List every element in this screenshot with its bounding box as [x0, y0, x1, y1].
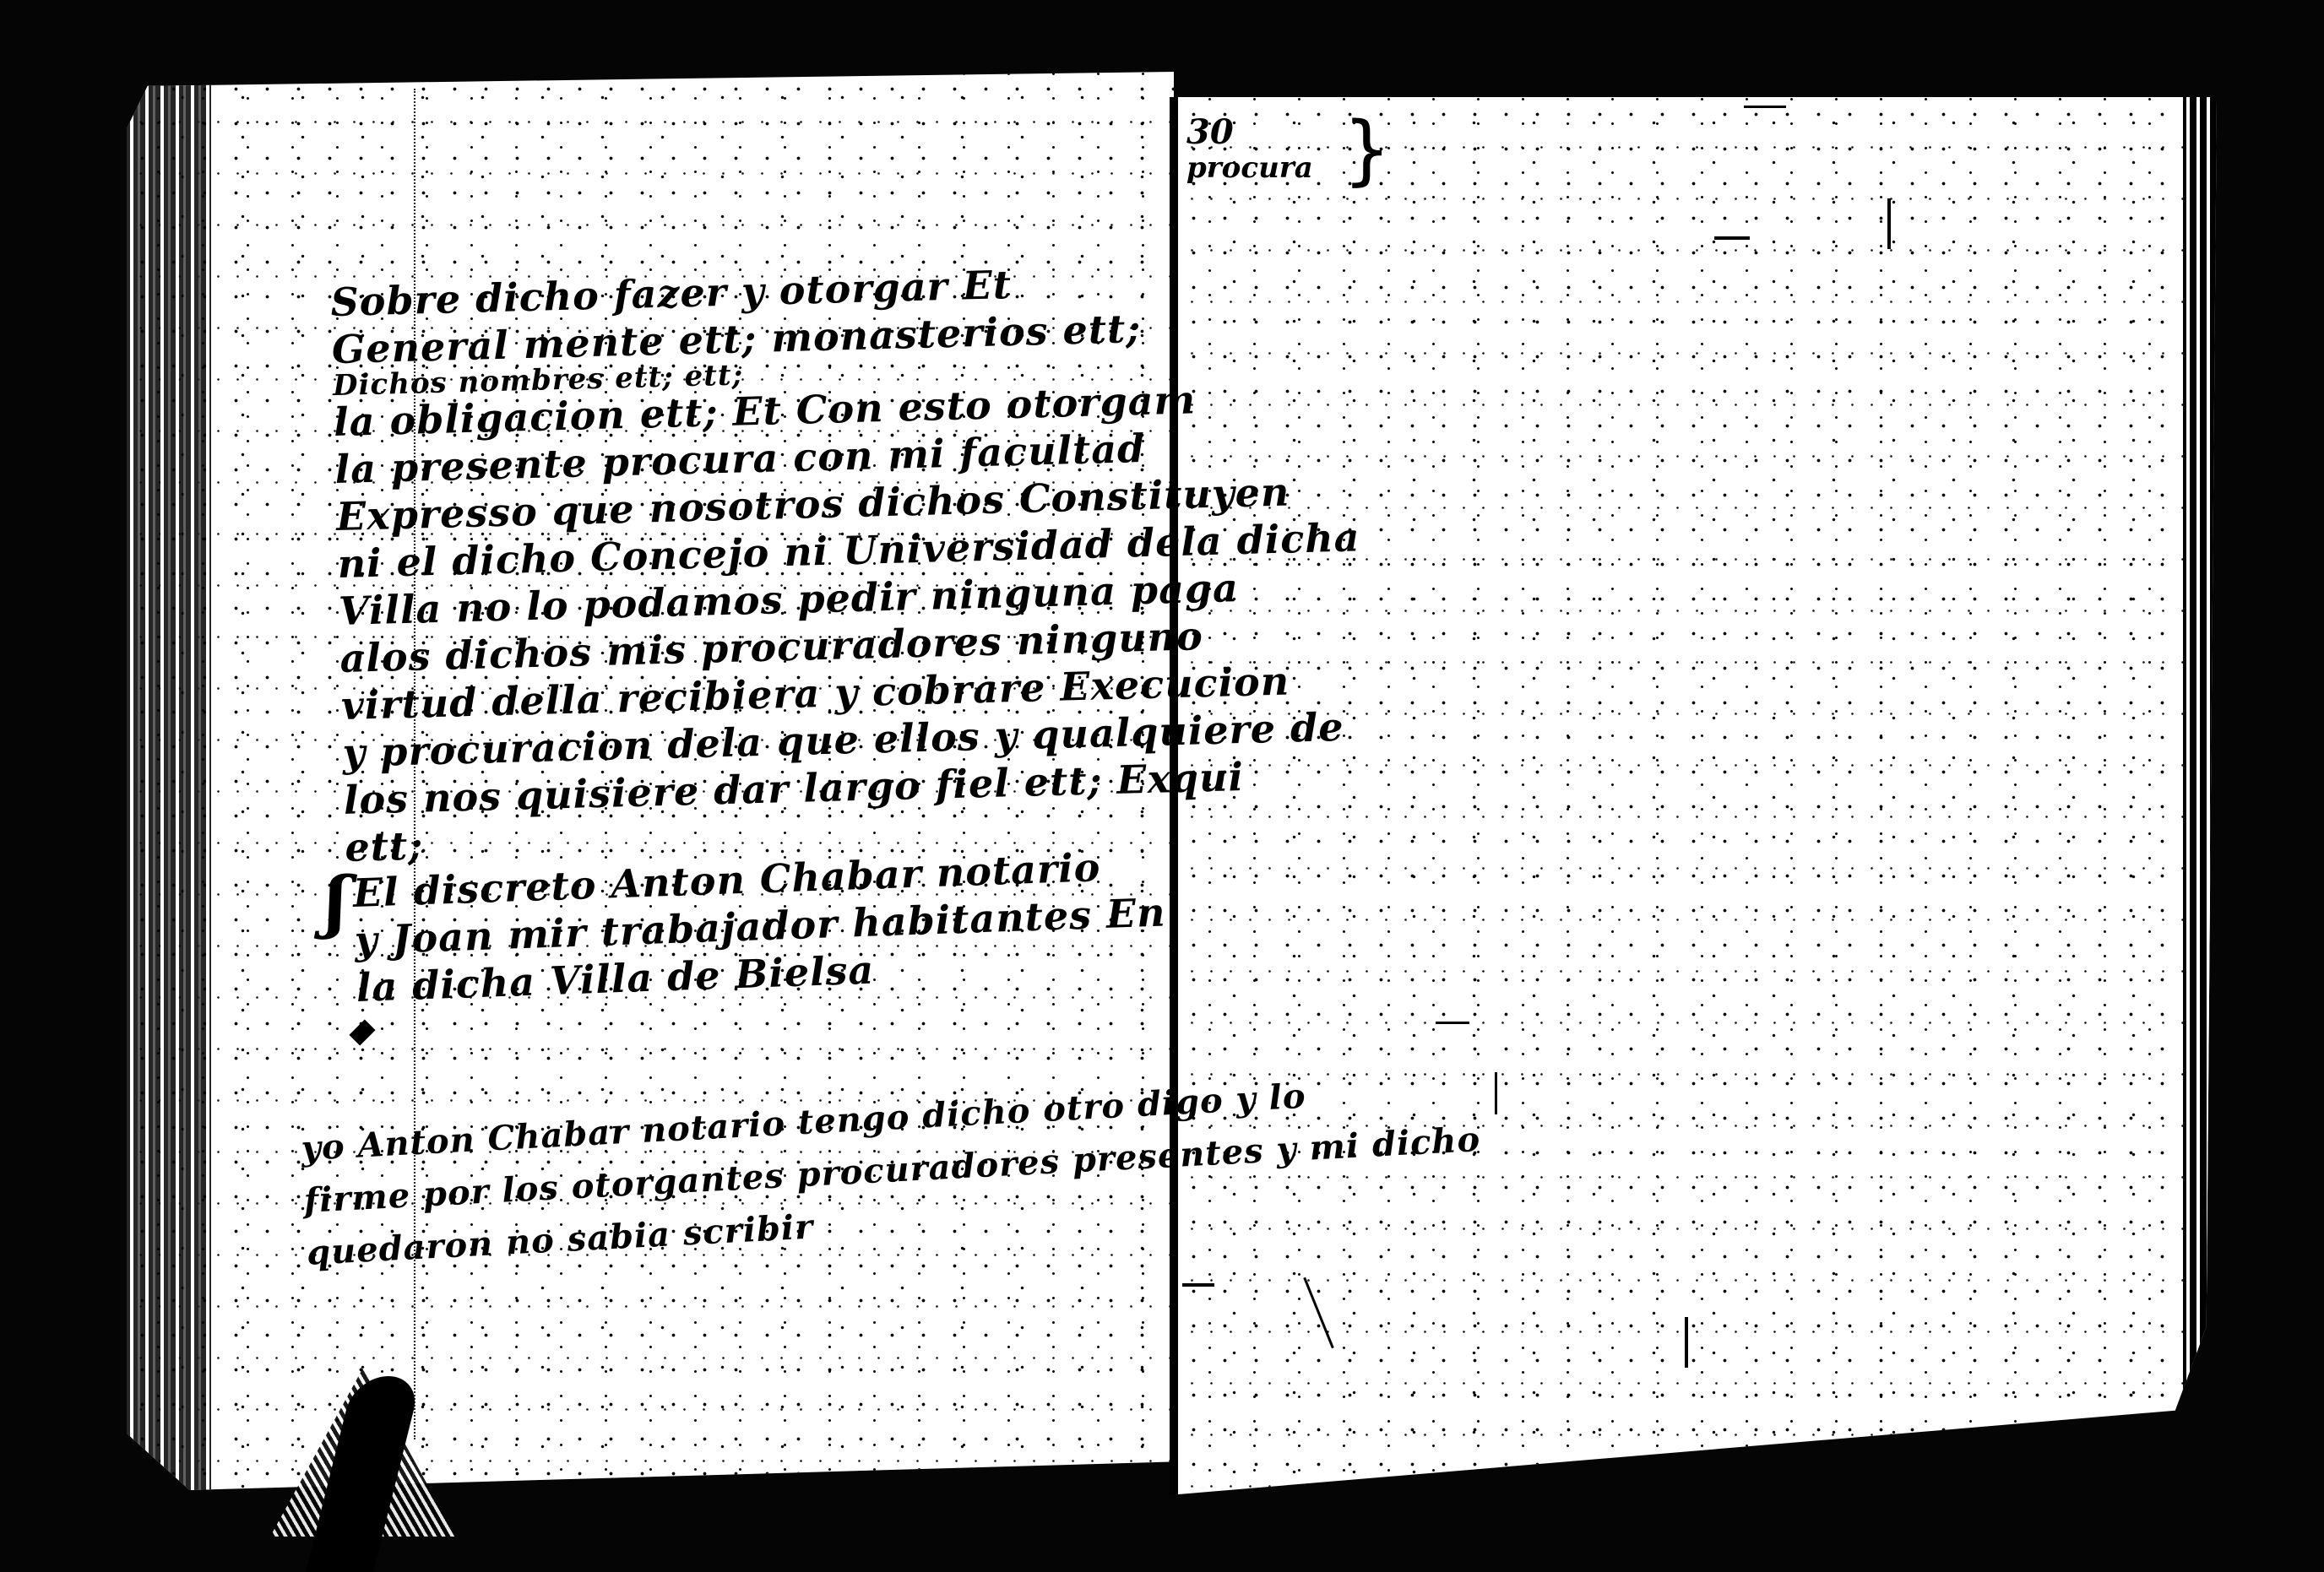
- header-brace: }: [1343, 106, 1391, 194]
- stray-mark: [1495, 1072, 1497, 1114]
- folio-number: 30: [1186, 114, 1313, 151]
- stray-mark: [1887, 198, 1891, 249]
- text-block-witnesses: El discreto Anton Chabar notario y Joan …: [352, 842, 1168, 1011]
- header-word: procura: [1186, 151, 1313, 185]
- text-block-main-clause: Sobre dicho fazer y otorgar Et General m…: [330, 252, 1368, 870]
- witness-margin-mark: ʃ: [325, 861, 347, 940]
- stray-mark: [1436, 1022, 1469, 1024]
- stray-mark: [1714, 236, 1750, 240]
- stray-mark: [1744, 106, 1786, 108]
- right-page-header: 30 procura: [1186, 114, 1313, 185]
- stray-mark: [1685, 1317, 1688, 1368]
- stray-mark: [1182, 1283, 1214, 1287]
